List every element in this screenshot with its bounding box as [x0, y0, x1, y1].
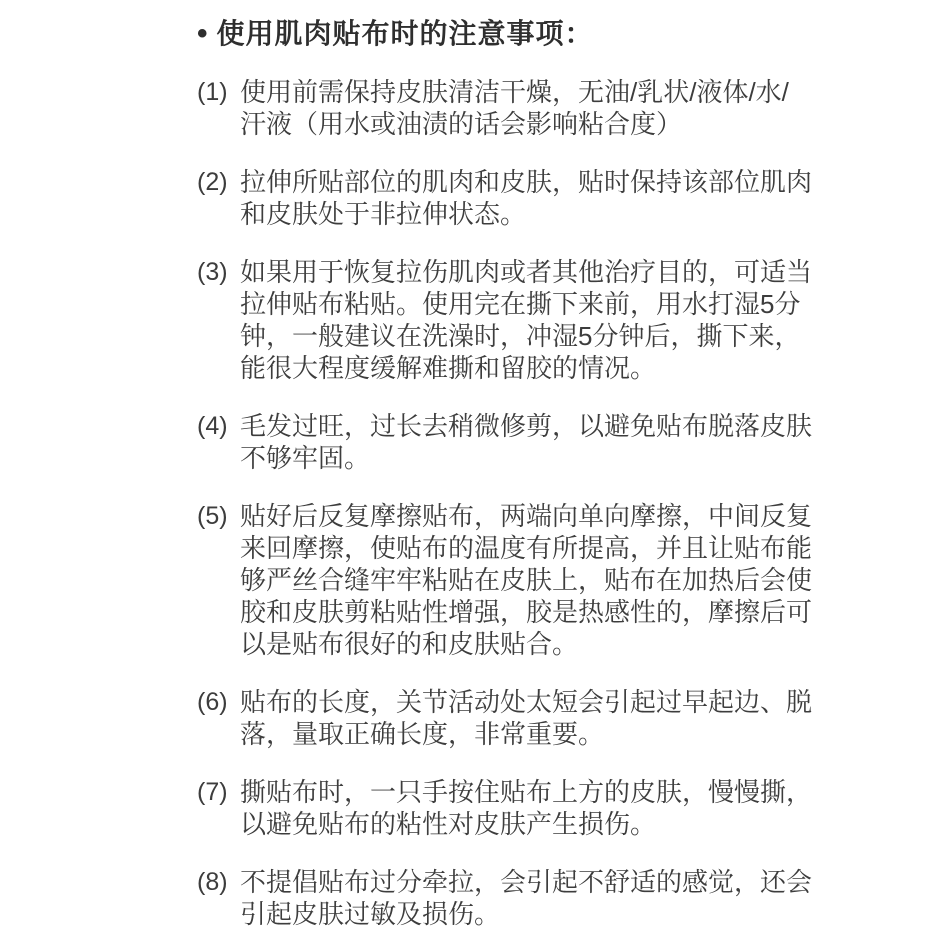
- note-item: (8) 不提倡贴布过分牵拉，会引起不舒适的感觉，还会 引起皮肤过敏及损伤。: [197, 866, 820, 930]
- note-item: (4) 毛发过旺，过长去稍微修剪，以避免贴布脱落皮肤 不够牢固。: [197, 410, 820, 474]
- note-item: (7) 撕贴布时，一只手按住贴布上方的皮肤，慢慢撕， 以避免贴布的粘性对皮肤产生…: [197, 776, 820, 840]
- item-number: (8): [197, 866, 240, 898]
- item-text: 毛发过旺，过长去稍微修剪，以避免贴布脱落皮肤 不够牢固。: [240, 410, 812, 474]
- note-title-row: • 使用肌肉贴布时的注意事项：: [197, 16, 820, 52]
- note-item: (1) 使用前需保持皮肤清洁干燥，无油/乳状/液体/水/ 汗液（用水或油渍的话会…: [197, 76, 820, 140]
- note-title: 使用肌肉贴布时的注意事项：: [217, 16, 594, 52]
- item-text: 使用前需保持皮肤清洁干燥，无油/乳状/液体/水/ 汗液（用水或油渍的话会影响粘合…: [240, 76, 789, 140]
- item-text: 拉伸所贴部位的肌肉和皮肤，贴时保持该部位肌肉 和皮肤处于非拉伸状态。: [240, 166, 812, 230]
- bullet-icon: •: [197, 16, 208, 52]
- item-text: 贴好后反复摩擦贴布，两端向单向摩擦，中间反复 来回摩擦，使贴布的温度有所提高，并…: [240, 500, 812, 660]
- item-number: (5): [197, 500, 240, 532]
- item-text: 贴布的长度，关节活动处太短会引起过早起边、脱 落，量取正确长度，非常重要。: [240, 686, 812, 750]
- note-item: (6) 贴布的长度，关节活动处太短会引起过早起边、脱 落，量取正确长度，非常重要…: [197, 686, 820, 750]
- note-item: (5) 贴好后反复摩擦贴布，两端向单向摩擦，中间反复 来回摩擦，使贴布的温度有所…: [197, 500, 820, 660]
- item-number: (4): [197, 410, 240, 442]
- document: • 使用肌肉贴布时的注意事项： (1) 使用前需保持皮肤清洁干燥，无油/乳状/液…: [0, 0, 950, 930]
- item-text: 如果用于恢复拉伤肌肉或者其他治疗目的，可适当 拉伸贴布粘贴。使用完在撕下来前，用…: [240, 256, 812, 384]
- note-item: (3) 如果用于恢复拉伤肌肉或者其他治疗目的，可适当 拉伸贴布粘贴。使用完在撕下…: [197, 256, 820, 384]
- note-item: (2) 拉伸所贴部位的肌肉和皮肤，贴时保持该部位肌肉 和皮肤处于非拉伸状态。: [197, 166, 820, 230]
- item-text: 撕贴布时，一只手按住贴布上方的皮肤，慢慢撕， 以避免贴布的粘性对皮肤产生损伤。: [240, 776, 812, 840]
- item-number: (2): [197, 166, 240, 198]
- item-number: (7): [197, 776, 240, 808]
- item-number: (3): [197, 256, 240, 288]
- item-number: (1): [197, 76, 240, 108]
- item-text: 不提倡贴布过分牵拉，会引起不舒适的感觉，还会 引起皮肤过敏及损伤。: [240, 866, 812, 930]
- item-number: (6): [197, 686, 240, 718]
